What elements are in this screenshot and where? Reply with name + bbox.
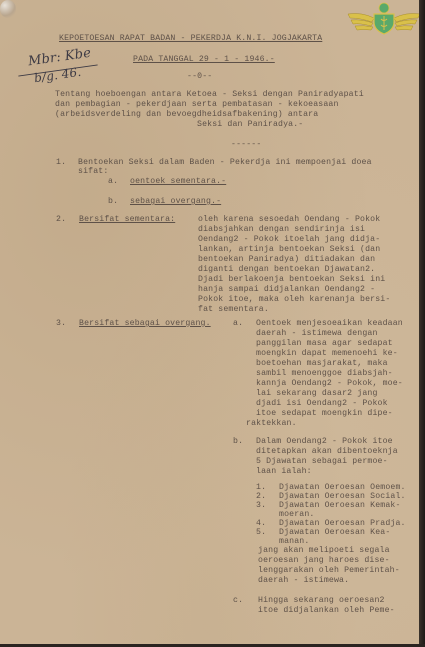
section-3b-after: lenggarakan oleh Pemerintah- — [258, 566, 400, 576]
section-2-line: Oendang2 - Pokok itoelah jang didja- — [198, 235, 380, 245]
section-2-heading: Bersifat sementara: — [79, 215, 175, 225]
section-3a-line: itoe sedapat moengkin dipe- — [256, 409, 393, 419]
section-3b-line: laan ialah: — [256, 467, 312, 477]
section-3a-line: kannja Oendang2 - Pokok, moe- — [256, 379, 403, 389]
section-3a-line: djadi isi Oendang2 - Pokok — [256, 399, 388, 409]
section-3a-line: moengkin dapat memenoehi ke- — [256, 349, 398, 359]
section-1b-text: sebagai overgang.- — [130, 197, 221, 207]
section-2-line: diabsjahkan dengan sendirinja isi — [198, 225, 365, 235]
section-3b-after: jang akan melipoeti segala — [258, 546, 390, 556]
section-3-number: 3. — [56, 319, 66, 329]
section-1-line: sifat: — [78, 167, 108, 177]
section-1b-letter: b. — [108, 197, 118, 207]
section-3b-line: Dalam Oendang2 - Pokok itoe — [256, 437, 393, 447]
section-1-number: 1. — [56, 158, 66, 168]
section-3a-line: daerah - istimewa dengan — [256, 329, 378, 339]
section-3a-letter: a. — [233, 319, 243, 329]
section-2-line: lankan, artinja bentoekan Seksi (dan — [198, 245, 380, 255]
section-3b-line: 5 Djawatan sebagai permoe- — [256, 457, 388, 467]
document-date: PADA TANGGAL 29 - 1 - 1946.- — [133, 55, 275, 65]
section-1a-letter: a. — [108, 177, 118, 187]
section-3a-line: lai sekarang dasar2 jang — [256, 389, 378, 399]
intro-line: Tentang hoeboengan antara Ketoea - Seksi… — [55, 90, 364, 100]
page-smudge — [0, 0, 16, 18]
section-3c-line: itoe didjalankan oleh Peme- — [258, 606, 395, 616]
section-3b-after: daerah - istimewa. — [258, 576, 349, 586]
section-2-line: hanja sampai didjalankan Oendang2 - — [198, 285, 375, 295]
section-3b-after: oeroesan jang haroes dise- — [258, 556, 390, 566]
section-2-line: diganti dengan bentoekan Djawatan2. — [198, 265, 375, 275]
intro-line: Seksi dan Paniradya.- — [197, 120, 303, 130]
winged-emblem-icon — [346, 2, 422, 36]
section-1a-text: oentoek sementara.- — [130, 177, 226, 187]
djawatan-number: 3. — [256, 501, 266, 511]
intro-line: (arbeidsverdeling dan bevoegdheidsafbake… — [55, 110, 318, 120]
section-3b-letter: b. — [233, 437, 243, 447]
document-page: Mbr: Kbe b/g. 46. KEPOETOESAN RAPAT BADA… — [0, 0, 419, 644]
section-3b-line: ditetapkan akan dibentoeknja — [256, 447, 398, 457]
section-2-line: Pokok itoe, maka oleh karenanja bersi- — [198, 295, 390, 305]
scan-edge-right — [419, 0, 425, 647]
section-2-line: bentoekan Paniradya) ditiadakan dan — [198, 255, 375, 265]
section-2-line: oleh karena sesoedah Oendang - Pokok — [198, 215, 380, 225]
section-3a-line: sambil menoenggoe diabsjah- — [256, 369, 393, 379]
document-date-text: PADA TANGGAL 29 - 1 - 1946.- — [133, 55, 275, 64]
section-3c-line: Hingga sekarang oeroesan2 — [258, 596, 385, 606]
section-2-line: Djadi berlakoenja bentoekan Seksi ini — [198, 275, 385, 285]
section-2-line: fat sementara. — [198, 305, 269, 315]
section-3a-line: raktekkan. — [246, 419, 297, 429]
intro-line: dan pembagian - pekerdjaan serta pembata… — [55, 100, 339, 110]
section-3-heading: Bersifat sebagai overgang. — [79, 319, 211, 329]
djawatan-number: 5. — [256, 528, 266, 538]
header-separator: --0-- — [187, 72, 212, 82]
section-3a-line: panggilan masa agar sedapat — [256, 339, 393, 349]
section-3a-line: boetoehan masjarakat, maka — [256, 359, 388, 369]
intro-separator: ------ — [231, 140, 261, 150]
section-3a-line: Oentoek menjesoeaikan keadaan — [256, 319, 403, 329]
document-title: KEPOETOESAN RAPAT BADAN - PEKERDJA K.N.I… — [59, 34, 322, 44]
section-1-line: Bentoekan Seksi dalam Baden - Pekerdja i… — [78, 158, 372, 168]
section-2-number: 2. — [56, 215, 66, 225]
section-3c-letter: c. — [233, 596, 243, 606]
